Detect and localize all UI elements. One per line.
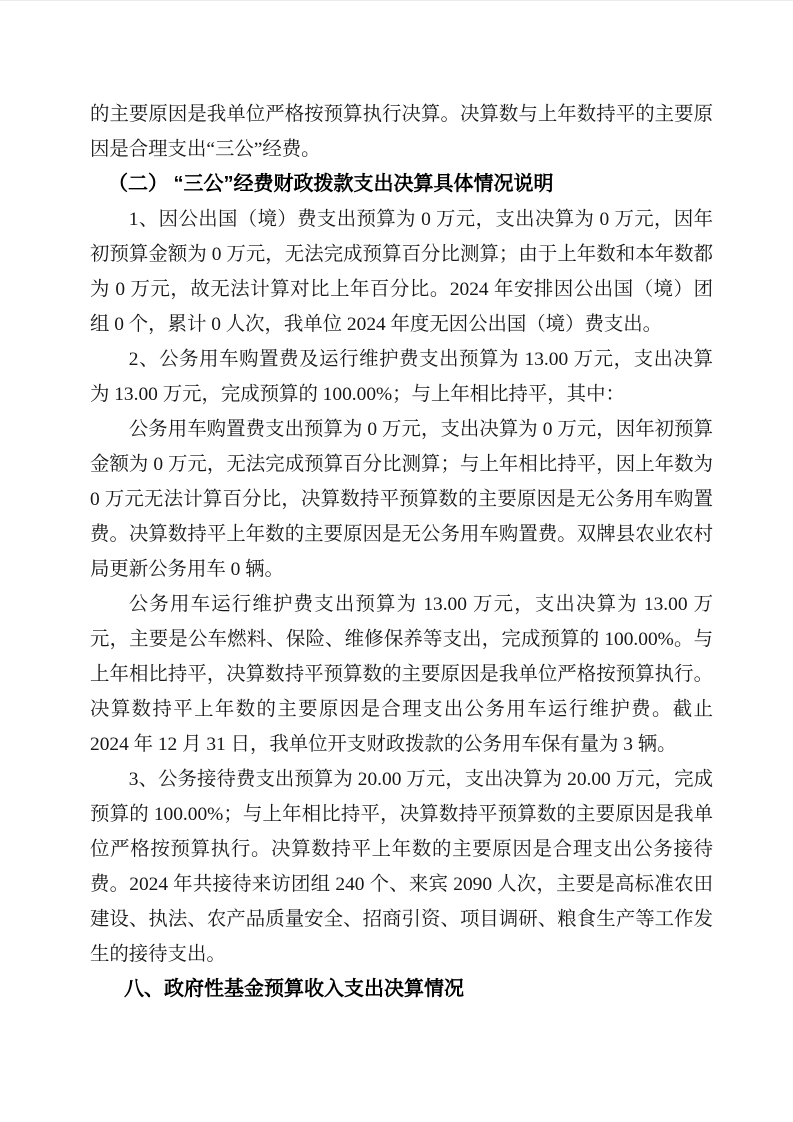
paragraph-official-vehicle-total-expense: 2、公务用车购置费及运行维护费支出预算为 13.00 万元，支出决算为 13.0… (90, 342, 713, 412)
section-heading-government-fund-budget: 八、政府性基金预算收入支出决算情况 (90, 972, 713, 1007)
paragraph-vehicle-maintenance-expense: 公务用车运行维护费支出预算为 13.00 万元，支出决算为 13.00 万元，主… (90, 587, 713, 762)
paragraph-overseas-trip-expense: 1、因公出国（境）费支出预算为 0 万元，支出决算为 0 万元，因年初预算金额为… (90, 202, 713, 342)
section-heading-three-public-funds-details: （二） “三公”经费财政拨款支出决算具体情况说明 (90, 167, 713, 202)
paragraph-continuation: 的主要原因是我单位严格按预算执行决算。决算数与上年数持平的主要原因是合理支出“三… (90, 97, 713, 167)
paragraph-vehicle-purchase-expense: 公务用车购置费支出预算为 0 万元，支出决算为 0 万元，因年初预算金额为 0 … (90, 412, 713, 587)
document-page: 的主要原因是我单位严格按预算执行决算。决算数与上年数持平的主要原因是合理支出“三… (0, 0, 793, 1122)
paragraph-official-reception-expense: 3、公务接待费支出预算为 20.00 万元，支出决算为 20.00 万元，完成预… (90, 762, 713, 972)
